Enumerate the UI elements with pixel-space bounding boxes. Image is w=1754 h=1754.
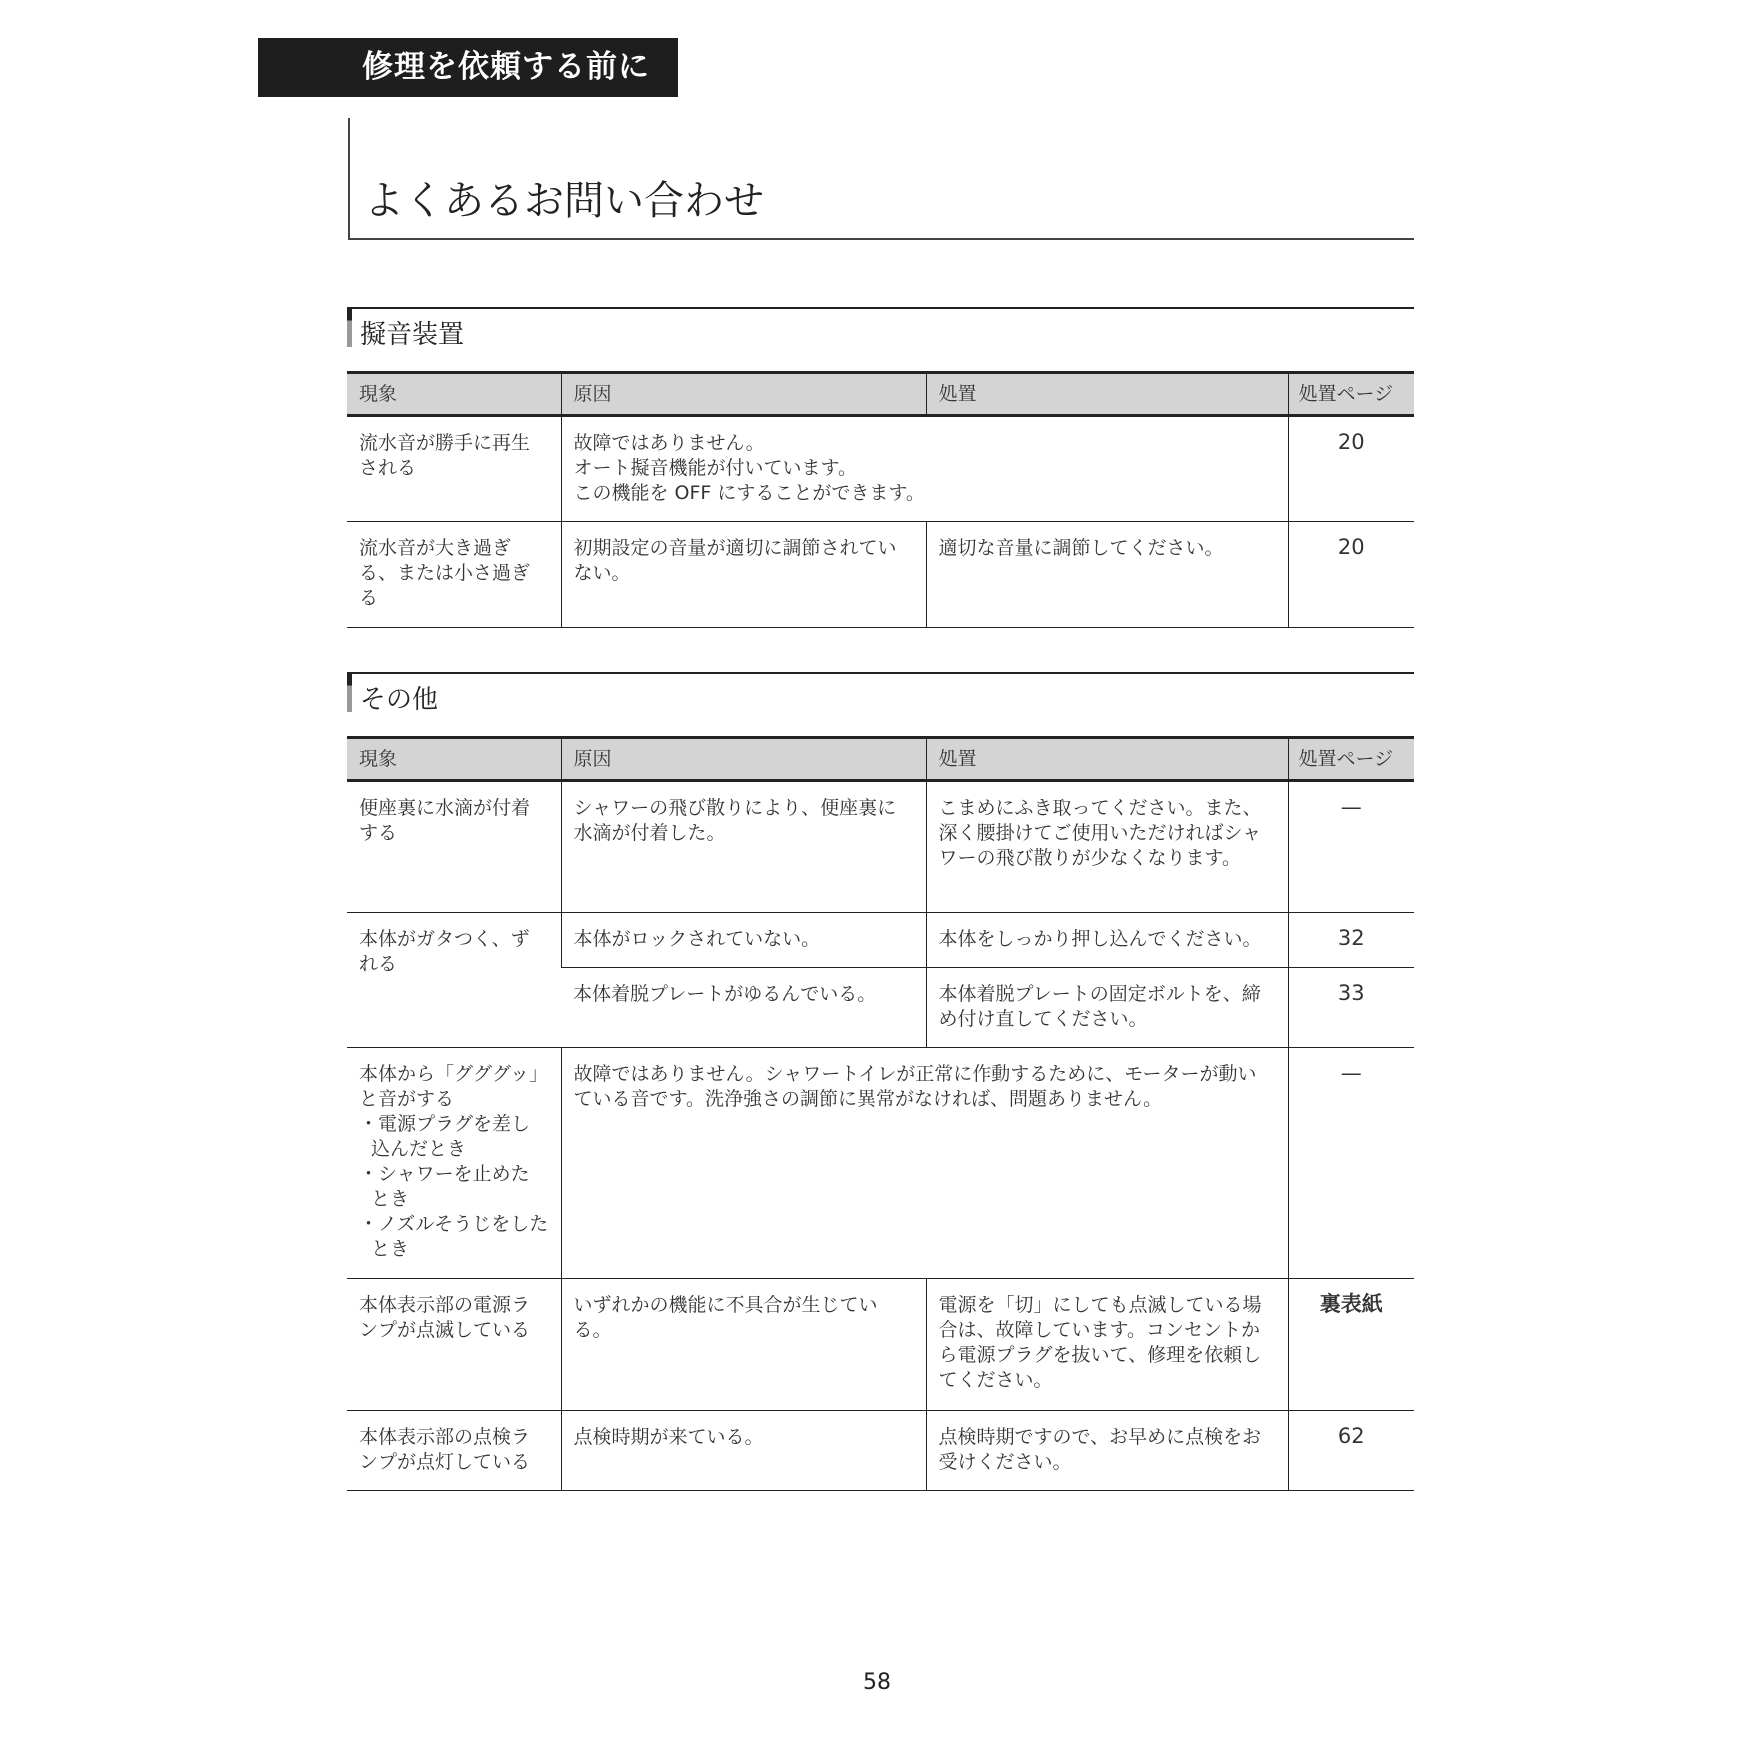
table-other: 現象 原因 処置 処置ページ 便座裏に水滴が付着する シャワーの飛び散りにより、… xyxy=(347,736,1414,1491)
table-row: 流水音が大き過ぎる、または小さ過ぎる 初期設定の音量が適切に調節されていない。 … xyxy=(347,522,1414,628)
section-title: 擬音装置 xyxy=(360,314,464,351)
cause-cell: いずれかの機能に不具合が生じている。 xyxy=(561,1279,926,1411)
page-ref: 32 xyxy=(1288,913,1414,968)
col-page: 処置ページ xyxy=(1288,738,1414,781)
remedy-cell: 本体をしっかり押し込んでください。 xyxy=(926,913,1288,968)
symptom-cell: 流水音が勝手に再生される xyxy=(347,416,561,522)
heading-marker xyxy=(347,309,352,347)
section-heading-sound: 擬音装置 xyxy=(347,307,1414,349)
table-row: 本体がガタつく、ずれる 本体がロックされていない。 本体をしっかり押し込んでくだ… xyxy=(347,913,1414,968)
table-row: 本体から「グググッ」と音がする ・電源プラグを差し込んだとき ・シャワーを止めた… xyxy=(347,1048,1414,1279)
col-remedy: 処置 xyxy=(926,738,1288,781)
page-number: 58 xyxy=(0,1670,1754,1695)
cause-cell: 本体がロックされていない。 xyxy=(561,913,926,968)
text-line: この機能を OFF にすることができます。 xyxy=(574,481,1276,506)
text-line: オート擬音機能が付いています。 xyxy=(574,456,1276,481)
table-row: 本体表示部の電源ランプが点滅している いずれかの機能に不具合が生じている。 電源… xyxy=(347,1279,1414,1411)
bullet-item: ・シャワーを止めたとき xyxy=(359,1162,549,1212)
remedy-cell: こまめにふき取ってください。また、深く腰掛けてご使用いただければシャワーの飛び散… xyxy=(926,781,1288,913)
col-cause: 原因 xyxy=(561,373,926,416)
col-page: 処置ページ xyxy=(1288,373,1414,416)
section-heading-other: その他 xyxy=(347,672,1414,714)
page-ref: 33 xyxy=(1288,968,1414,1048)
table-row: 便座裏に水滴が付着する シャワーの飛び散りにより、便座裏に水滴が付着した。 こま… xyxy=(347,781,1414,913)
remedy-cell: 点検時期ですので、お早めに点検をお受けください。 xyxy=(926,1411,1288,1491)
page-ref: 20 xyxy=(1288,522,1414,628)
symptom-cell: 本体がガタつく、ずれる xyxy=(347,913,561,1048)
table-header: 現象 原因 処置 処置ページ xyxy=(347,738,1414,781)
table-sound: 現象 原因 処置 処置ページ 流水音が勝手に再生される 故障ではありません。 オ… xyxy=(347,371,1414,628)
cause-cell: 初期設定の音量が適切に調節されていない。 xyxy=(561,522,926,628)
page-title: よくあるお問い合わせ xyxy=(364,169,764,226)
symptom-cell: 本体表示部の点検ランプが点灯している xyxy=(347,1411,561,1491)
symptom-cell: 便座裏に水滴が付着する xyxy=(347,781,561,913)
text-line: 故障ではありません。 xyxy=(574,431,1276,456)
cause-remedy-cell: 故障ではありません。シャワートイレが正常に作動するために、モーターが動いている音… xyxy=(561,1048,1288,1279)
cause-cell: 本体着脱プレートがゆるんでいる。 xyxy=(561,968,926,1048)
symptom-cell: 流水音が大き過ぎる、または小さ過ぎる xyxy=(347,522,561,628)
symptom-cell: 本体から「グググッ」と音がする ・電源プラグを差し込んだとき ・シャワーを止めた… xyxy=(347,1048,561,1279)
symptom-cell: 本体表示部の電源ランプが点滅している xyxy=(347,1279,561,1411)
remedy-cell: 本体着脱プレートの固定ボルトを、締め付け直してください。 xyxy=(926,968,1288,1048)
cause-remedy-cell: 故障ではありません。 オート擬音機能が付いています。 この機能を OFF にする… xyxy=(561,416,1288,522)
col-symptom: 現象 xyxy=(347,738,561,781)
bullet-item: ・電源プラグを差し込んだとき xyxy=(359,1112,549,1162)
table-row: 本体表示部の点検ランプが点灯している 点検時期が来ている。 点検時期ですので、お… xyxy=(347,1411,1414,1491)
remedy-cell: 電源を「切」にしても点滅している場合は、故障しています。コンセントから電源プラグ… xyxy=(926,1279,1288,1411)
bullet-item: ・ノズルそうじをしたとき xyxy=(359,1212,549,1262)
cause-cell: シャワーの飛び散りにより、便座裏に水滴が付着した。 xyxy=(561,781,926,913)
cause-cell: 点検時期が来ている。 xyxy=(561,1411,926,1491)
page-ref: 裏表紙 xyxy=(1288,1279,1414,1411)
table-header: 現象 原因 処置 処置ページ xyxy=(347,373,1414,416)
page-title-block: よくあるお問い合わせ xyxy=(348,118,1414,240)
page-ref: — xyxy=(1288,1048,1414,1279)
remedy-cell: 適切な音量に調節してください。 xyxy=(926,522,1288,628)
col-symptom: 現象 xyxy=(347,373,561,416)
section-title: その他 xyxy=(360,679,438,716)
table-row: 流水音が勝手に再生される 故障ではありません。 オート擬音機能が付いています。 … xyxy=(347,416,1414,522)
symptom-text: 本体から「グググッ」と音がする xyxy=(359,1062,549,1112)
chapter-tab: 修理を依頼する前に xyxy=(258,38,678,97)
heading-marker xyxy=(347,674,352,712)
col-remedy: 処置 xyxy=(926,373,1288,416)
page-ref: 20 xyxy=(1288,416,1414,522)
page-ref: 62 xyxy=(1288,1411,1414,1491)
col-cause: 原因 xyxy=(561,738,926,781)
page-ref: — xyxy=(1288,781,1414,913)
